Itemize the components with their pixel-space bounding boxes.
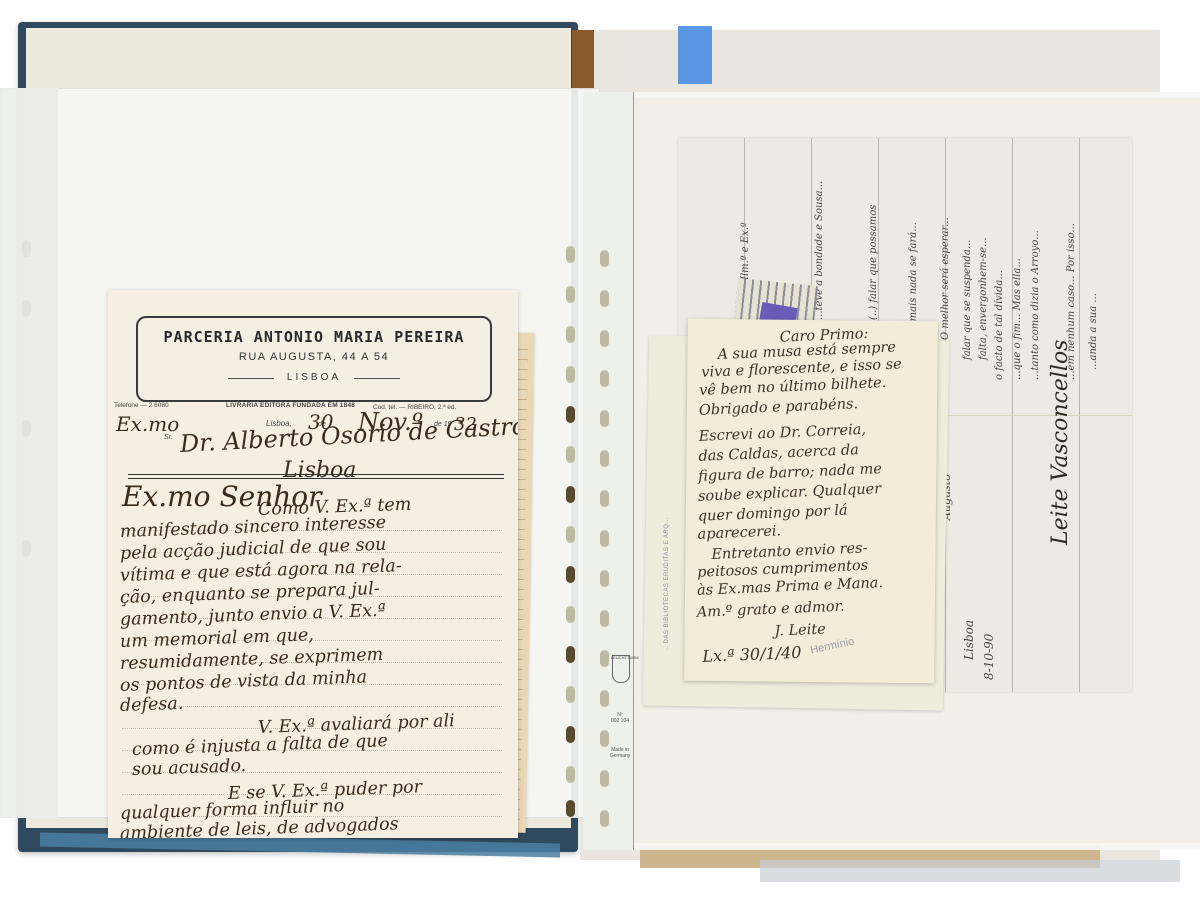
postcard-line: Obrigado e parabéns. [699,396,859,419]
punch-hole [600,810,609,827]
plastic-sleeve-edge [760,860,1180,882]
letterhead-letter: PARCERIA ANTONIO MARIA PEREIRA RUA AUGUS… [108,290,518,838]
address-rule [128,478,504,479]
postcard-line: soube explicar. Qualquer [698,481,882,505]
punch-hole [566,486,575,503]
punch-hole [600,570,609,587]
punch-hole [600,650,609,667]
sleeve-made-in: Made in Germany [609,747,631,759]
postcard-line: Am.º grato e admor. [696,599,844,621]
vertical-handwriting: falta, envergonhem-se... [978,237,989,360]
vertical-handwriting: ...anda a sua ... [1088,293,1099,370]
punch-hole [566,366,575,383]
postcard-signature: J. Leite [774,621,826,639]
punch-hole [600,610,609,627]
punch-hole [566,526,575,543]
punch-hole [566,606,575,623]
punch-hole [566,446,575,463]
punch-hole [566,566,575,583]
punch-hole [566,766,575,783]
letterhead-company-name: PARCERIA ANTONIO MARIA PEREIRA [138,328,490,346]
binder-spine [572,30,594,90]
vertical-handwriting: O melhor será esperar... [940,217,951,340]
letter-body-line: sou acusado. [132,756,247,780]
sleeve-product-number: Nº 002 104 [609,712,631,724]
handwritten-honorific: Ex.mo [116,412,179,436]
vertical-handwriting: Ilm.º e Ex.º [740,222,751,280]
punch-hole [566,406,575,423]
punch-hole [22,240,31,257]
punch-hole [22,540,31,557]
vertical-handwriting: o facto de tal dívida... [994,270,1005,380]
punch-hole [600,290,609,307]
punch-hole [566,726,575,743]
letterhead-phone: Telefone — 2 6080 [114,402,169,409]
punch-hole [600,770,609,787]
letterhead-founded: LIVRARIA EDITORA FUNDADA EM 1848 [226,402,355,409]
punch-hole [600,450,609,467]
punch-hole [600,410,609,427]
punch-hole [600,330,609,347]
letterhead-street: RUA AUGUSTA, 44 A 54 [138,351,490,363]
handwritten-signature: Leite Vasconcellos [1048,340,1073,545]
punch-hole [566,246,575,263]
vertical-handwriting: ...tanto como dizia o Arroyo... [1030,230,1041,380]
punch-hole [566,286,575,303]
manufacturer-logo-text: LEUCHTTURM [611,655,629,660]
sleeve-number-value: 002 104 [609,718,631,724]
sheet-protector-left-margin [0,88,58,818]
punch-hole [600,530,609,547]
handwritten-addressee: Dr. Alberto Osorio de Castro [179,412,518,458]
vertical-handwriting: falar que se suspenda... [962,240,973,360]
envelope-printed-text: ...DAS BIBLIOTECAS ERUDITAS E ARQ... [664,517,670,650]
vertical-handwriting: ...que o fim... Mas ella... [1012,258,1023,380]
punch-hole [600,250,609,267]
postcard-line: Escrevi ao Dr. Correia, [698,422,866,445]
punch-hole [600,690,609,707]
handwritten-postcard: Caro Primo: A sua musa está sempre viva … [684,319,938,684]
blue-index-tab [678,26,712,84]
punch-hole [566,646,575,663]
vertical-handwriting: (..) falar que possamos [868,205,879,320]
postcard-line: das Caldas, acerca da [698,442,859,465]
punch-hole [566,800,575,817]
punch-hole [22,300,31,317]
letterhead-frame: PARCERIA ANTONIO MARIA PEREIRA RUA AUGUS… [136,316,492,402]
punch-hole [566,326,575,343]
letterhead-city: LISBOA [274,372,354,383]
punch-hole [566,686,575,703]
postcard-date: Lx.ª 30/1/40 [702,643,802,666]
punch-hole [600,370,609,387]
punch-hole [600,490,609,507]
letter-body-line: como é injusta a falta de que [132,731,389,760]
postcard-line: aparecerei. [697,523,781,542]
sheet-date-city: Lisboa [962,620,976,660]
sheet-date: 8-10-90 [982,634,996,680]
letter-body-line: defesa. [120,694,184,716]
punch-hole [22,420,31,437]
address-rule [128,474,504,475]
postcard-line: quer domingo por lá [697,503,847,525]
punch-hole [600,730,609,747]
